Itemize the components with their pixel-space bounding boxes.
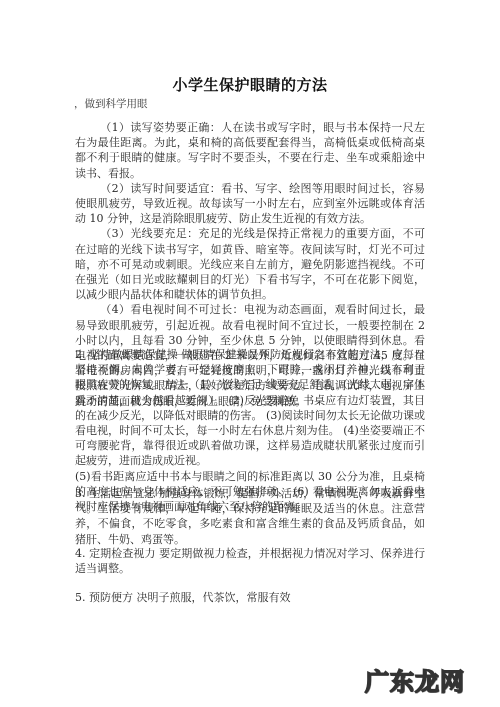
section-5-paragraph: 5. 预防便方 决明子煎服，代茶饮，常服有效 bbox=[75, 590, 425, 605]
paragraph-lighting: （3）光线要充足：充足的光线是保持正常视力的重要方面，不可在过暗的光线下读书写字… bbox=[75, 226, 425, 302]
section-5: 5. 预防便方 决明子煎服，代茶饮，常服有效 bbox=[75, 590, 425, 605]
document-title: 小学生保护眼睛的方法 bbox=[0, 74, 500, 95]
section-3-heading: 3. 生活起居宜忌 bbox=[75, 487, 156, 500]
section-3: 3. 生活起居宜忌 加强身体锻炼，提倡户外活动，常晒日光，呼吸新鲜空气。生活要有… bbox=[75, 486, 425, 547]
document-page: 小学生保护眼睛的方法 ，做到科学用眼 （1）读写姿势要正确：人在读书或写字时，眼… bbox=[0, 0, 500, 707]
paragraph-reading-time: （2）读写时间要适宜：看书、写字、绘图等用眼时间过长，容易使眼肌疲劳，导致近视。… bbox=[75, 181, 425, 227]
section-4-paragraph: 4. 定期检查视力 要定期做视力检查，并根据视力情况对学习、保养进行适当调整。 bbox=[75, 546, 425, 576]
section-4: 4. 定期检查视力 要定期做视力检查，并根据视力情况对学习、保养进行适当调整。 bbox=[75, 546, 425, 576]
section-3-paragraph: 3. 生活起居宜忌 加强身体锻炼，提倡户外活动，常晒日光，呼吸新鲜空气。生活要有… bbox=[75, 486, 425, 547]
section-4-heading: 4. 定期检查视力 bbox=[75, 547, 156, 560]
watermark-logo: 广东龙网 bbox=[365, 662, 465, 697]
section-5-heading: 5. 预防便方 bbox=[75, 591, 133, 604]
subheading: ，做到科学用眼 bbox=[74, 96, 148, 111]
paragraph-reading-posture: （1）读写姿势要正确：人在读书或写字时，眼与书本保持一尺左右为最佳距离。为此，桌… bbox=[75, 120, 425, 181]
section-2-text: 做眼睛保健操是预防近视行之有效的方法，应每日坚持不懈。未曾学者，可轻轻按摩上、下… bbox=[75, 348, 425, 467]
section-2-paragraph: 2. 坚持做眼睛保健操 做眼睛保健操是预防近视行之有效的方法，应每日坚持不懈。未… bbox=[75, 347, 425, 469]
section-2-heading: 2. 坚持做眼睛保健操 bbox=[75, 348, 178, 361]
section-5-text: 决明子煎服，代茶饮，常服有效 bbox=[133, 591, 291, 604]
